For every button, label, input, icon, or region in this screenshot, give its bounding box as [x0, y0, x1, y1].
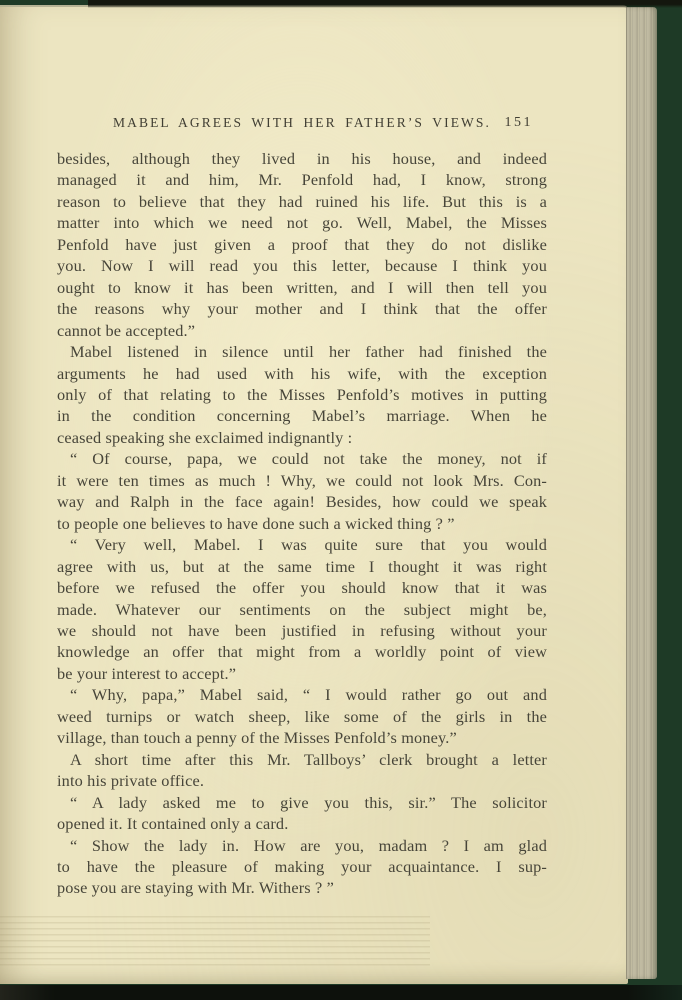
page-header: MABEL AGREES WITH HER FATHER’S VIEWS. 15… — [57, 115, 547, 133]
paragraph: A short time after this Mr. Tallboys’ cl… — [57, 749, 547, 792]
text-line: cannot be accepted.” — [57, 320, 547, 341]
paragraph: Mabel listened in silence until her fath… — [57, 341, 547, 448]
text-line: to have the pleasure of making your acqu… — [57, 856, 547, 877]
text-line: “ Why, papa,” Mabel said, “ I would rath… — [57, 684, 547, 705]
text-line: Mabel listened in silence until her fath… — [57, 341, 547, 362]
text-line: to people one believes to have done such… — [57, 513, 547, 534]
bottom-page-edges — [0, 916, 430, 968]
top-shadow-band — [88, 0, 682, 8]
page-number: 151 — [505, 115, 534, 131]
text-line: the reasons why your mother and I think … — [57, 298, 547, 319]
text-line: into his private office. — [57, 770, 547, 791]
text-line: way and Ralph in the face again! Besides… — [57, 491, 547, 512]
text-line: pose you are staying with Mr. Withers ? … — [57, 877, 547, 898]
bottom-shadow-band — [0, 985, 682, 1000]
text-line: ought to know it has been written, and I… — [57, 277, 547, 298]
text-line: reason to believe that they had ruined h… — [57, 191, 547, 212]
text-line: you. Now I will read you this letter, be… — [57, 255, 547, 276]
text-line: “ Very well, Mabel. I was quite sure tha… — [57, 534, 547, 555]
text-line: “ A lady asked me to give you this, sir.… — [57, 792, 547, 813]
paragraph: “ Why, papa,” Mabel said, “ I would rath… — [57, 684, 547, 748]
text-line: be your interest to accept.” — [57, 663, 547, 684]
text-line: knowledge an offer that might from a wor… — [57, 641, 547, 662]
text-line: A short time after this Mr. Tallboys’ cl… — [57, 749, 547, 770]
text-line: ceased speaking she exclaimed indignantl… — [57, 427, 547, 448]
text-line: village, than touch a penny of the Misse… — [57, 727, 547, 748]
text-line: “ Show the lady in. How are you, madam ?… — [57, 835, 547, 856]
text-line: agree with us, but at the same time I th… — [57, 556, 547, 577]
text-line: made. Whatever our sentiments on the sub… — [57, 599, 547, 620]
paragraph: “ Of course, papa, we could not take the… — [57, 448, 547, 534]
paragraph: besides, although they lived in his hous… — [57, 148, 547, 341]
paragraph: “ Very well, Mabel. I was quite sure tha… — [57, 534, 547, 684]
text-line: arguments he had used with his wife, wit… — [57, 363, 547, 384]
book-fore-edge — [626, 7, 657, 979]
text-line: Penfold have just given a proof that the… — [57, 234, 547, 255]
text-line: before we refused the offer you should k… — [57, 577, 547, 598]
text-line: opened it. It contained only a card. — [57, 813, 547, 834]
book-page: MABEL AGREES WITH HER FATHER’S VIEWS. 15… — [0, 5, 628, 984]
text-block: besides, although they lived in his hous… — [57, 148, 547, 899]
text-line: weed turnips or watch sheep, like some o… — [57, 706, 547, 727]
text-line: in the condition concerning Mabel’s marr… — [57, 405, 547, 426]
text-line: managed it and him, Mr. Penfold had, I k… — [57, 169, 547, 190]
text-line: only of that relating to the Misses Penf… — [57, 384, 547, 405]
running-title: MABEL AGREES WITH HER FATHER’S VIEWS. — [57, 115, 547, 131]
text-line: besides, although they lived in his hous… — [57, 148, 547, 169]
text-line: matter into which we need not go. Well, … — [57, 212, 547, 233]
text-line: it were ten times as much ! Why, we coul… — [57, 470, 547, 491]
paragraph: “ A lady asked me to give you this, sir.… — [57, 792, 547, 835]
text-line: “ Of course, papa, we could not take the… — [57, 448, 547, 469]
text-line: we should not have been justified in ref… — [57, 620, 547, 641]
book-page-scan: MABEL AGREES WITH HER FATHER’S VIEWS. 15… — [0, 0, 682, 1000]
paragraph: “ Show the lady in. How are you, madam ?… — [57, 835, 547, 899]
